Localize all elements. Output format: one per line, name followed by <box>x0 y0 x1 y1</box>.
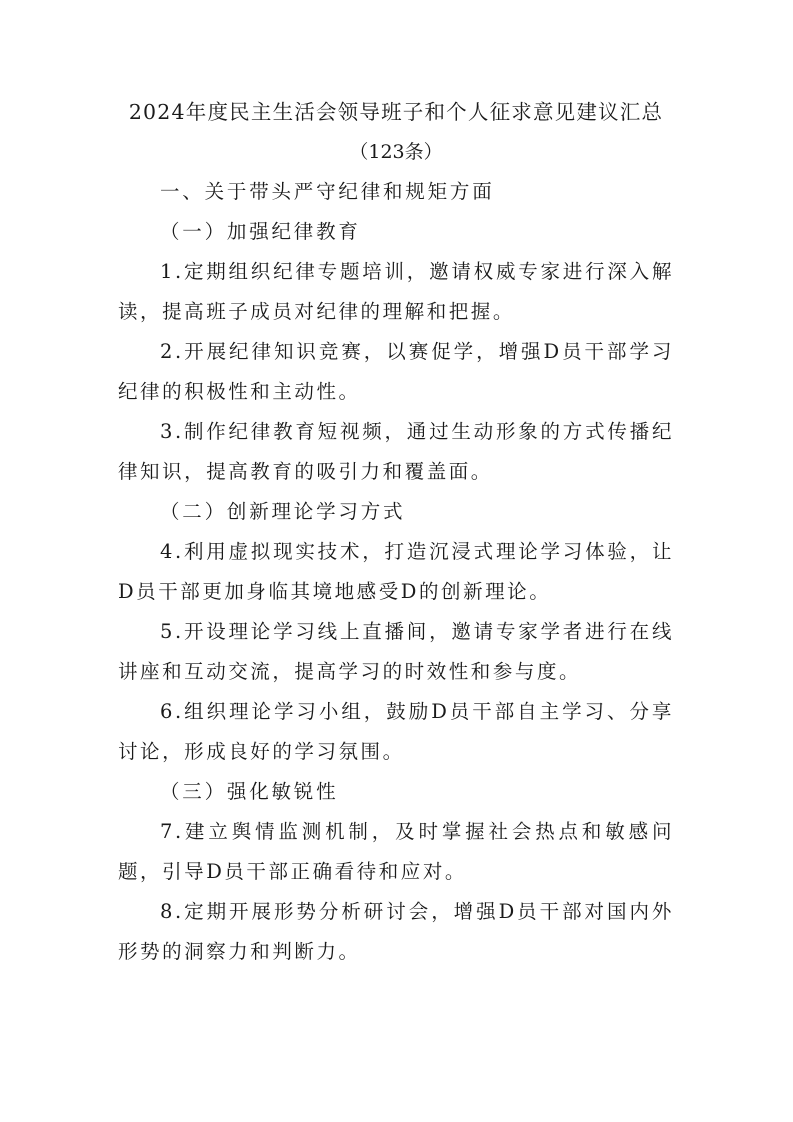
list-item: 5.开设理论学习线上直播间，邀请专家学者进行在线讲座和互动交流，提高学习的时效性… <box>118 612 674 692</box>
list-item: 2.开展纪律知识竞赛，以赛促学，增强D员干部学习纪律的积极性和主动性。 <box>118 332 674 412</box>
section-1: 一、关于带头严守纪律和规矩方面 （一）加强纪律教育 1.定期组织纪律专题培训，邀… <box>118 172 674 972</box>
document-title: 2024年度民主生活会领导班子和个人征求意见建议汇总 <box>118 92 674 132</box>
subsection-heading: （三）强化敏锐性 <box>118 772 674 812</box>
list-item: 6.组织理论学习小组，鼓励D员干部自主学习、分享讨论，形成良好的学习氛围。 <box>118 692 674 772</box>
subsection-1: （一）加强纪律教育 1.定期组织纪律专题培训，邀请权威专家进行深入解读，提高班子… <box>118 212 674 492</box>
subsection-heading: （二）创新理论学习方式 <box>118 492 674 532</box>
document-page: 2024年度民主生活会领导班子和个人征求意见建议汇总 （123条） 一、关于带头… <box>118 92 674 972</box>
subsection-heading: （一）加强纪律教育 <box>118 212 674 252</box>
list-item: 1.定期组织纪律专题培训，邀请权威专家进行深入解读，提高班子成员对纪律的理解和把… <box>118 252 674 332</box>
subsection-2: （二）创新理论学习方式 4.利用虚拟现实技术，打造沉浸式理论学习体验，让D员干部… <box>118 492 674 772</box>
document-subtitle: （123条） <box>118 132 674 172</box>
list-item: 4.利用虚拟现实技术，打造沉浸式理论学习体验，让D员干部更加身临其境地感受D的创… <box>118 532 674 612</box>
list-item: 8.定期开展形势分析研讨会，增强D员干部对国内外形势的洞察力和判断力。 <box>118 892 674 972</box>
section-heading: 一、关于带头严守纪律和规矩方面 <box>118 172 674 212</box>
list-item: 7.建立舆情监测机制，及时掌握社会热点和敏感问题，引导D员干部正确看待和应对。 <box>118 812 674 892</box>
list-item: 3.制作纪律教育短视频，通过生动形象的方式传播纪律知识，提高教育的吸引力和覆盖面… <box>118 412 674 492</box>
subsection-3: （三）强化敏锐性 7.建立舆情监测机制，及时掌握社会热点和敏感问题，引导D员干部… <box>118 772 674 972</box>
